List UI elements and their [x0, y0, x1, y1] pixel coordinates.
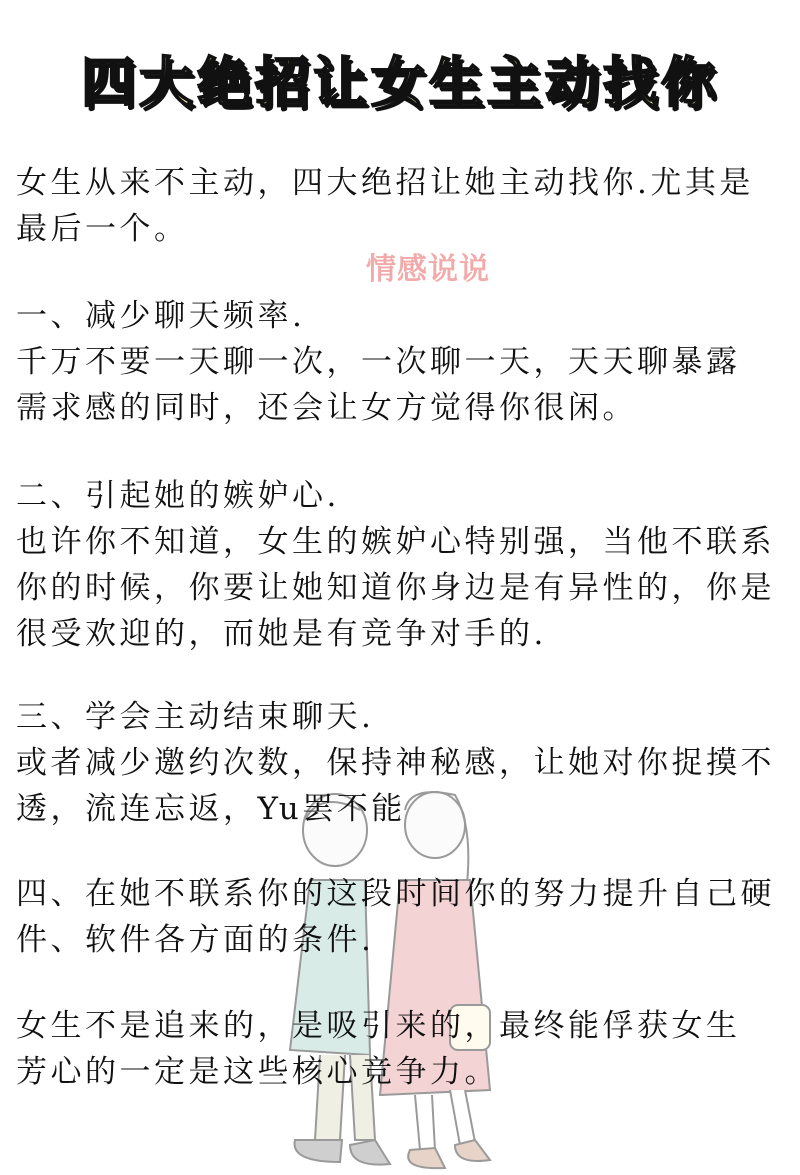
page-title: 四大绝招让女生主动找你: [0, 40, 800, 117]
section-4: 四、在她不联系你的这段时间你的努力提升自己硬 件、软件各方面的条件.: [16, 871, 786, 963]
section-line: 你的时候，你要让她知道你身边是有异性的，你是: [16, 565, 786, 611]
section-line: 透，流连忘返，Yu罢不能: [16, 786, 786, 832]
section-2: 二、引起她的嫉妒心. 也许你不知道，女生的嫉妒心特别强，当他不联系 你的时候，你…: [16, 473, 786, 657]
couple-illustration: [250, 790, 520, 1175]
section-line: 很受欢迎的，而她是有竞争对手的.: [16, 611, 786, 657]
intro-paragraph: 女生从来不主动，四大绝招让她主动找你.尤其是 最后一个。: [16, 160, 786, 252]
section-heading: 三、学会主动结束聊天.: [16, 694, 786, 740]
section-3: 三、学会主动结束聊天. 或者减少邀约次数，保持神秘感，让她对你捉摸不 透，流连忘…: [16, 694, 786, 832]
section-line: 或者减少邀约次数，保持神秘感，让她对你捉摸不: [16, 740, 786, 786]
section-1: 一、减少聊天频率. 千万不要一天聊一次，一次聊一天，天天聊暴露 需求感的同时，还…: [16, 293, 786, 431]
section-line: 需求感的同时，还会让女方觉得你很闲。: [16, 385, 786, 431]
intro-line: 女生从来不主动，四大绝招让她主动找你.尤其是: [16, 160, 786, 206]
intro-line: 最后一个。: [16, 206, 786, 252]
section-heading: 二、引起她的嫉妒心.: [16, 473, 786, 519]
section-heading: 一、减少聊天频率.: [16, 293, 786, 339]
section-line: 件、软件各方面的条件.: [16, 917, 786, 963]
conclusion-paragraph: 女生不是追来的，是吸引来的，最终能俘获女生 芳心的一定是这些核心竞争力。: [16, 1003, 786, 1095]
conclusion-line: 女生不是追来的，是吸引来的，最终能俘获女生: [16, 1003, 786, 1049]
section-heading: 四、在她不联系你的这段时间你的努力提升自己硬: [16, 871, 786, 917]
section-line: 千万不要一天聊一次，一次聊一天，天天聊暴露: [16, 339, 786, 385]
section-line: 也许你不知道，女生的嫉妒心特别强，当他不联系: [16, 519, 786, 565]
conclusion-line: 芳心的一定是这些核心竞争力。: [16, 1049, 786, 1095]
